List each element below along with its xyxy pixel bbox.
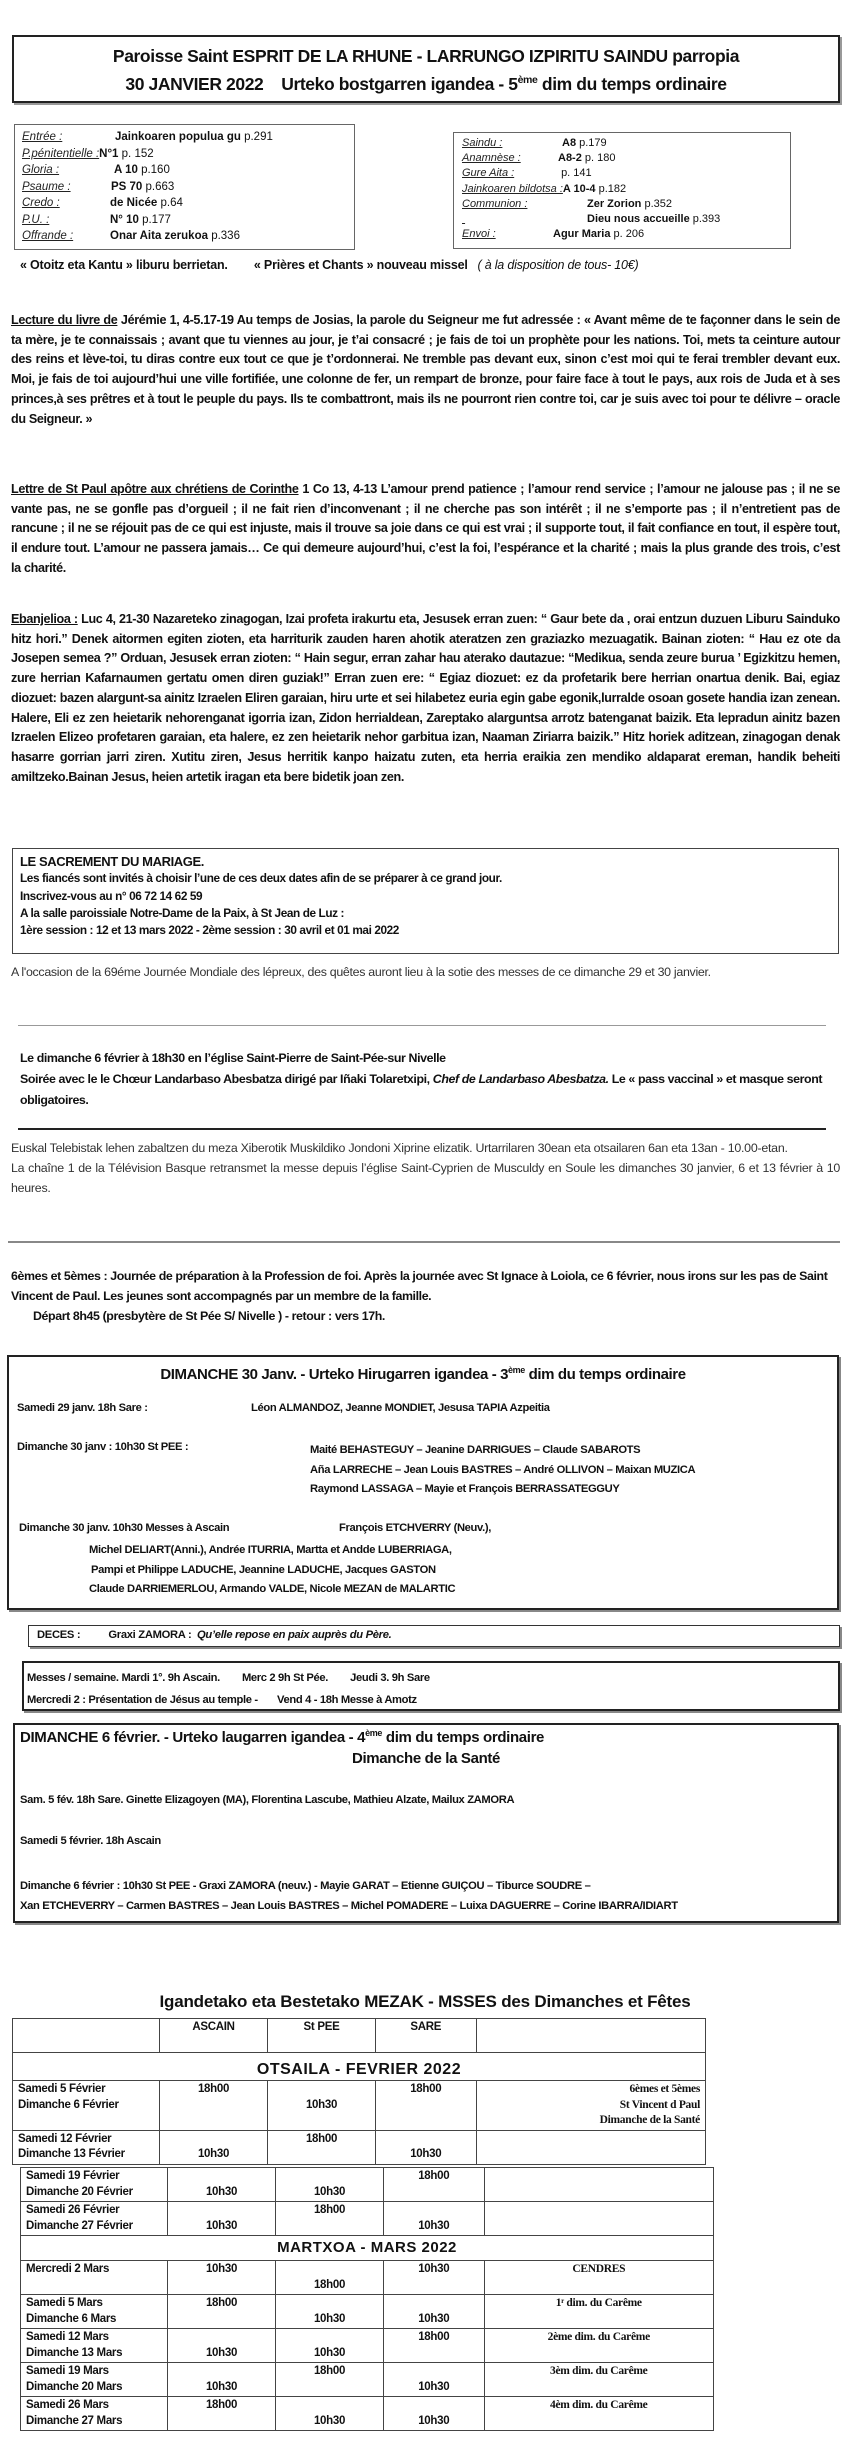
schedule-days: Samedi 5 FévrierDimanche 6 Février: [13, 2081, 160, 2131]
sare-times: 18h00: [384, 2168, 485, 2202]
books-note: « Otoitz eta Kantu » liburu berrietan. «…: [20, 258, 639, 272]
hymn-row: Gloria :A 10 p.160: [22, 162, 347, 179]
phone-number: Inscrivez-vous au n° 06 72 14 62 59: [20, 888, 831, 905]
sunday-6-intentions: DIMANCHE 6 février. - Urteko laugarren i…: [13, 1723, 839, 1923]
sare-times: 10h30: [384, 2397, 485, 2431]
stpee-times: 10h30: [276, 2295, 384, 2329]
hymn-label: Offrande :: [22, 228, 110, 245]
schedule-row: Mercredi 2 Mars 10h30 18h00 10h30 CENDRE…: [21, 2261, 714, 2295]
hymn-label: P.U. :: [22, 212, 110, 229]
divider: [8, 1241, 840, 1243]
ascain-times: 18h00: [160, 2081, 268, 2131]
parish-title: Paroisse Saint ESPRIT DE LA RHUNE - LARR…: [14, 42, 838, 70]
schedule-row: Samedi 12 MarsDimanche 13 Mars 10h30 10h…: [21, 2329, 714, 2363]
stpee-times: 10h30: [276, 2168, 384, 2202]
stpee-times: 18h00: [276, 2202, 384, 2236]
sunday-6-title: DIMANCHE 6 février. - Urteko laugarren i…: [20, 1729, 544, 1746]
ascain-times: 18h00: [168, 2397, 276, 2431]
hymn-value: A 10-4 p.182: [563, 182, 626, 197]
second-reading: Lettre de St Paul apôtre aux chrétiens d…: [11, 480, 840, 579]
hymn-label: P.pénitentielle :: [22, 146, 99, 163]
schedule-row: Samedi 5 MarsDimanche 6 Mars 18h00 10h30…: [21, 2295, 714, 2329]
hymn-value: Jainkoaren populua gu p.291: [115, 129, 273, 146]
month-row: MARTXOA - MARS 2022: [21, 2236, 714, 2261]
schedule-days: Samedi 12 MarsDimanche 13 Mars: [21, 2329, 168, 2363]
schedule-days: Samedi 19 MarsDimanche 20 Mars: [21, 2363, 168, 2397]
month-row: OTSAILA - FEVRIER 2022: [13, 2053, 706, 2081]
stpee-times: 10h30: [276, 2397, 384, 2431]
st-pee-names: Maité BEHASTEGUY – Jeanine DARRIGUES – C…: [310, 1441, 695, 1500]
marriage-title: LE SACREMENT DU MARIAGE.: [20, 853, 831, 870]
schedule-days: Samedi 19 FévrierDimanche 20 Février: [21, 2168, 168, 2202]
hymn-label: Credo :: [22, 195, 110, 212]
stpee-times: 10h30: [276, 2329, 384, 2363]
concert-notice: Le dimanche 6 février à 18h30 en l’églis…: [20, 1048, 830, 1111]
column-header: SARE: [376, 2019, 477, 2053]
schedule-days: Samedi 26 MarsDimanche 27 Mars: [21, 2397, 168, 2431]
lepers-day-notice: A l'occasion de la 69éme Journée Mondial…: [11, 962, 771, 982]
schedule-title: Igandetako eta Bestetako MEZAK - MSSES d…: [0, 1992, 850, 2012]
schedule-note: 3èm dim. du Carême: [484, 2363, 714, 2397]
hymn-value: N° 10 p.177: [110, 212, 171, 229]
hymn-label: Communion :: [462, 197, 587, 212]
schedule-note: [484, 2168, 714, 2202]
hymns-list-left: Entrée :Jainkoaren populua gu p.291P.pén…: [14, 124, 355, 250]
schedule-note: 4èm dim. du Carême: [484, 2397, 714, 2431]
sare-times: 10h30: [384, 2261, 485, 2295]
hymn-row: P.pénitentielle :N°1 p. 152: [22, 146, 347, 163]
hymn-label: Envoi :: [462, 227, 553, 242]
hymn-row: Envoi :Agur Maria p. 206: [462, 227, 782, 242]
sare-times: 18h00: [384, 2329, 485, 2363]
hymn-label: Anamnèse :: [462, 151, 558, 166]
sare-times: 18h00: [376, 2081, 477, 2131]
hymn-row: Psaume :PS 70 p.663: [22, 179, 347, 196]
schedule-note: 6èmes et 5èmesSt Vincent d PaulDimanche …: [476, 2081, 706, 2131]
divider: [18, 1128, 826, 1130]
deaths-notice: DECES : Graxi ZAMORA : Qu’elle repose en…: [28, 1625, 840, 1647]
stpee-times: 10h30: [268, 2081, 376, 2131]
hymn-value: p. 141: [558, 166, 592, 181]
stpee-times: 18h00: [276, 2261, 384, 2295]
schedule-note: 1ʳ dim. du Carême: [484, 2295, 714, 2329]
schedule-note: CENDRES: [484, 2261, 714, 2295]
hymn-label: Jainkoaren bildotsa :: [462, 182, 563, 197]
hymn-label: Gure Aita :: [462, 166, 558, 181]
hymn-row: Dieu nous accueille p.393: [462, 212, 782, 227]
schedule-row: Samedi 26 MarsDimanche 27 Mars 18h00 10h…: [21, 2397, 714, 2431]
hymn-row: Communion :Zer Zorion p.352: [462, 197, 782, 212]
gospel-reading: Ebanjelioa : Luc 4, 21-30 Nazareteko zin…: [11, 610, 840, 787]
sunday-30-title: DIMANCHE 30 Janv. - Urteko Hirugarren ig…: [9, 1357, 837, 1383]
column-header: ASCAIN: [160, 2019, 268, 2053]
schedule-row: Samedi 19 MarsDimanche 20 Mars 10h30 18h…: [21, 2363, 714, 2397]
weekday-masses: Messes / semaine. Mardi 1°. 9h Ascain. M…: [22, 1661, 840, 1711]
schedule-table: ASCAINSt PEESARE OTSAILA - FEVRIER 2022 …: [12, 2018, 706, 2165]
hymn-row: Credo :de Nicée p.64: [22, 195, 347, 212]
schedule-note: [476, 2130, 706, 2164]
sare-times: 10h30: [376, 2130, 477, 2164]
sunday-6-subtitle: Dimanche de la Santé: [15, 1750, 837, 1767]
hymn-row: Entrée :Jainkoaren populua gu p.291: [22, 129, 347, 146]
ascain-names: Michel DELIART(Anni.), Andrée ITURRIA, M…: [89, 1541, 455, 1600]
hymn-label: Psaume :: [22, 179, 111, 196]
schedule-row: Samedi 26 FévrierDimanche 27 Février 10h…: [21, 2202, 714, 2236]
hymn-value: Agur Maria p. 206: [553, 227, 644, 242]
hymn-value: A8 p.179: [562, 136, 607, 151]
schedule-row: Samedi 12 FévrierDimanche 13 Février 10h…: [13, 2130, 706, 2164]
stpee-times: 18h00: [276, 2363, 384, 2397]
hymn-label: Gloria :: [22, 162, 114, 179]
schedule-row: Samedi 5 FévrierDimanche 6 Février 18h00…: [13, 2081, 706, 2131]
ascain-times: 10h30: [168, 2261, 276, 2295]
schedule-days: Samedi 12 FévrierDimanche 13 Février: [13, 2130, 160, 2164]
tv-broadcast-notice: Euskal Telebistak lehen zabaltzen du mez…: [11, 1138, 840, 1198]
hymn-label: [462, 212, 587, 227]
ascain-times: 18h00: [168, 2295, 276, 2329]
stpee-times: 18h00: [268, 2130, 376, 2164]
hymn-row: Saindu :A8 p.179: [462, 136, 782, 151]
hymn-value: Dieu nous accueille p.393: [587, 212, 720, 227]
hymn-value: PS 70 p.663: [111, 179, 174, 196]
hymn-row: Offrande :Onar Aita zerukoa p.336: [22, 228, 347, 245]
hymn-value: N°1 p. 152: [99, 146, 153, 163]
schedule-days: Mercredi 2 Mars: [21, 2261, 168, 2295]
column-header: St PEE: [268, 2019, 376, 2053]
schedule-row: Samedi 19 FévrierDimanche 20 Février 10h…: [21, 2168, 714, 2202]
schedule-days: Samedi 5 MarsDimanche 6 Mars: [21, 2295, 168, 2329]
schedule-days: Samedi 26 FévrierDimanche 27 Février: [21, 2202, 168, 2236]
ascain-times: 10h30: [168, 2168, 276, 2202]
ascain-times: 10h30: [160, 2130, 268, 2164]
schedule-note: [484, 2202, 714, 2236]
sunday-30-intentions: DIMANCHE 30 Janv. - Urteko Hirugarren ig…: [7, 1355, 839, 1610]
column-header: [476, 2019, 706, 2053]
hymn-row: Anamnèse :A8-2 p. 180: [462, 151, 782, 166]
hymn-value: Zer Zorion p.352: [587, 197, 672, 212]
profession-de-foi-notice: 6èmes et 5èmes : Journée de préparation …: [11, 1266, 840, 1326]
schedule-table: Samedi 19 FévrierDimanche 20 Février 10h…: [20, 2167, 714, 2431]
hymn-value: de Nicée p.64: [110, 195, 183, 212]
column-header: [13, 2019, 160, 2053]
sunday-title: 30 JANVIER 2022 Urteko bostgarren igande…: [14, 70, 838, 98]
bulletin-header: Paroisse Saint ESPRIT DE LA RHUNE - LARR…: [12, 35, 840, 103]
hymns-list-right: Saindu :A8 p.179Anamnèse :A8-2 p. 180Gur…: [453, 132, 791, 249]
sare-times: 10h30: [384, 2363, 485, 2397]
marriage-announcement: LE SACREMENT DU MARIAGE. Les fiancés son…: [12, 848, 839, 954]
hymn-value: A 10 p.160: [114, 162, 170, 179]
hymn-row: P.U. :N° 10 p.177: [22, 212, 347, 229]
hymn-row: Gure Aita : p. 141: [462, 166, 782, 181]
hymn-label: Entrée :: [22, 129, 115, 146]
schedule-header-row: ASCAINSt PEESARE: [13, 2019, 706, 2053]
hymn-value: Onar Aita zerukoa p.336: [110, 228, 240, 245]
first-reading: Lecture du livre de Jérémie 1, 4-5.17-19…: [11, 311, 840, 429]
hymn-value: A8-2 p. 180: [558, 151, 615, 166]
schedule-note: 2ème dim. du Carême: [484, 2329, 714, 2363]
ascain-times: 10h30: [168, 2363, 276, 2397]
hymn-row: Jainkoaren bildotsa :A 10-4 p.182: [462, 182, 782, 197]
divider: [18, 1025, 826, 1026]
ascain-times: 10h30: [168, 2329, 276, 2363]
sare-times: 10h30: [384, 2202, 485, 2236]
ascain-times: 10h30: [168, 2202, 276, 2236]
hymn-label: Saindu :: [462, 136, 562, 151]
sare-times: 10h30: [384, 2295, 485, 2329]
